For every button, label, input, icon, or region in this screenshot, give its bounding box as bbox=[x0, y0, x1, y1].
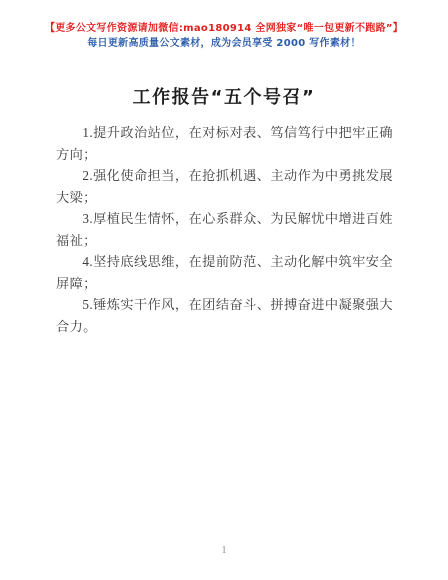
page-title: 工作报告“五个号召” bbox=[0, 83, 448, 109]
body-paragraph: 2.强化使命担当，在抢抓机遇、主动作为中勇挑发展大梁； bbox=[56, 165, 393, 208]
page-number: 1 bbox=[0, 545, 448, 556]
body-paragraph: 4.坚持底线思维，在提前防范、主动化解中筑牢安全屏障； bbox=[56, 251, 393, 294]
promo-line-red: 【更多公文写作资源请加微信:mao180914 全网独家“唯一包更新不跑路”】 bbox=[0, 21, 448, 36]
body-paragraph: 3.厚植民生情怀，在心系群众、为民解忧中增进百姓福祉； bbox=[56, 208, 393, 251]
document-page: 【更多公文写作资源请加微信:mao180914 全网独家“唯一包更新不跑路”】 … bbox=[0, 0, 448, 580]
promo-line-blue: 每日更新高质量公文素材，成为会员享受 2000 写作素材！ bbox=[0, 36, 448, 51]
body-paragraph: 1.提升政治站位，在对标对表、笃信笃行中把牢正确方向； bbox=[56, 122, 393, 165]
paragraph-list: 1.提升政治站位，在对标对表、笃信笃行中把牢正确方向；2.强化使命担当，在抢抓机… bbox=[0, 122, 448, 337]
promo-header: 【更多公文写作资源请加微信:mao180914 全网独家“唯一包更新不跑路”】 … bbox=[0, 0, 448, 51]
body-paragraph: 5.锤炼实干作风，在团结奋斗、拼搏奋进中凝聚强大合力。 bbox=[56, 294, 393, 337]
